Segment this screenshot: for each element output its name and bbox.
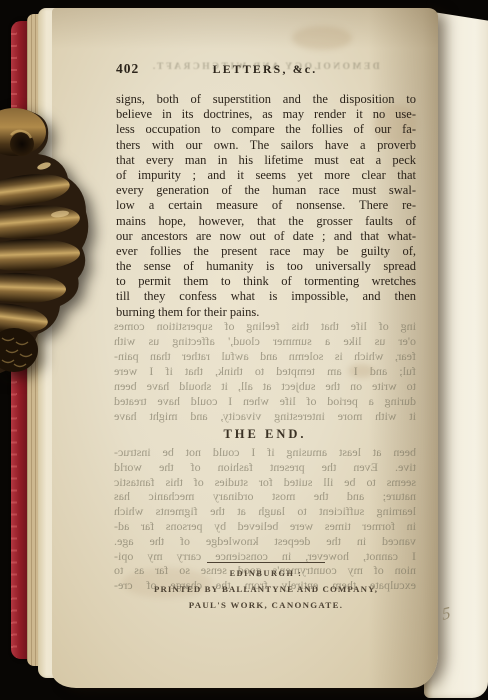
body-text: signs, both of superstition and the disp… (116, 92, 416, 320)
show-through-line: nature; and the most ordinary mechanic h… (114, 489, 416, 504)
show-through-line: during a period of life when I could hav… (114, 394, 416, 409)
body-text-line: till they confess what is impossible, an… (116, 289, 416, 304)
running-head: LETTERS, &c. (116, 62, 414, 77)
show-through-line: fear, which is solemn and awful rather t… (114, 349, 416, 364)
show-through-line: in former times were believed by persons… (114, 519, 416, 534)
body-text-line: less occupation to compare the follies o… (116, 122, 416, 137)
book-photo: DEMONOLOGY AND WITCHCRAFT. 402 LETTERS, … (0, 0, 488, 700)
body-text-line: thers with our own. The sailors have a p… (116, 138, 416, 153)
show-through-line: it with more interesting vivacity, and m… (114, 409, 416, 424)
body-text-line: our ancestors are now out of date ; and … (116, 229, 416, 244)
body-text-line: to permit them to think of tormenting wr… (116, 274, 416, 289)
show-through-line: tive. Even the present fashion of the wo… (114, 460, 416, 475)
page-header: 402 LETTERS, &c. (116, 60, 414, 78)
show-through-line: seems to be ill suited for studies of th… (114, 475, 416, 490)
gilt-bookend-ornament (0, 102, 94, 374)
show-through-text-upper: ing of life that this feeling of superst… (114, 319, 416, 424)
body-text-line: signs, both of superstition and the disp… (116, 92, 416, 107)
show-through-line: o'er us like a summer cloud,' affecting … (114, 334, 416, 349)
imprint-printer: PRINTED BY BALLANTYNE AND COMPANY, (116, 584, 416, 594)
show-through-line: vanced in the deepest knowledge of the a… (114, 534, 416, 549)
show-through-line: ful; and I am tempted to think, that if … (114, 364, 416, 379)
show-through-line: learning sufficient to laugh at the figm… (114, 504, 416, 519)
printer-imprint: EDINBURGH : PRINTED BY BALLANTYNE AND CO… (116, 562, 416, 610)
body-text-line: that every man in his lifetime must eat … (116, 153, 416, 168)
book-page: DEMONOLOGY AND WITCHCRAFT. 402 LETTERS, … (52, 8, 438, 688)
imprint-city: EDINBURGH : (116, 569, 416, 578)
body-text-line: the sense of humanity is too universally… (116, 259, 416, 274)
body-text-line: believe in its doctrines, as may render … (116, 107, 416, 122)
show-through-line: been at least amusing if I could not be … (114, 445, 416, 460)
body-text-line: burning them for their pains. (116, 305, 416, 320)
body-text-line: of impurity ; and it seems yet more clea… (116, 168, 416, 183)
body-text-line: low a certain measure of nonsense. There… (116, 198, 416, 213)
show-through-line: to write on the subject at all, it shoul… (114, 379, 416, 394)
end-label: THE END. (116, 427, 414, 442)
body-text-line: mains hope, however, that the grosser fa… (116, 214, 416, 229)
body-text-line: every generation of the human race must … (116, 183, 416, 198)
body-text-line: ever follies the present race may be gui… (116, 244, 416, 259)
imprint-address: PAUL'S WORK, CANONGATE. (116, 600, 416, 610)
imprint-rule (207, 562, 325, 563)
foxing-stain (292, 26, 352, 50)
show-through-line: ing of life that this feeling of superst… (114, 319, 416, 334)
